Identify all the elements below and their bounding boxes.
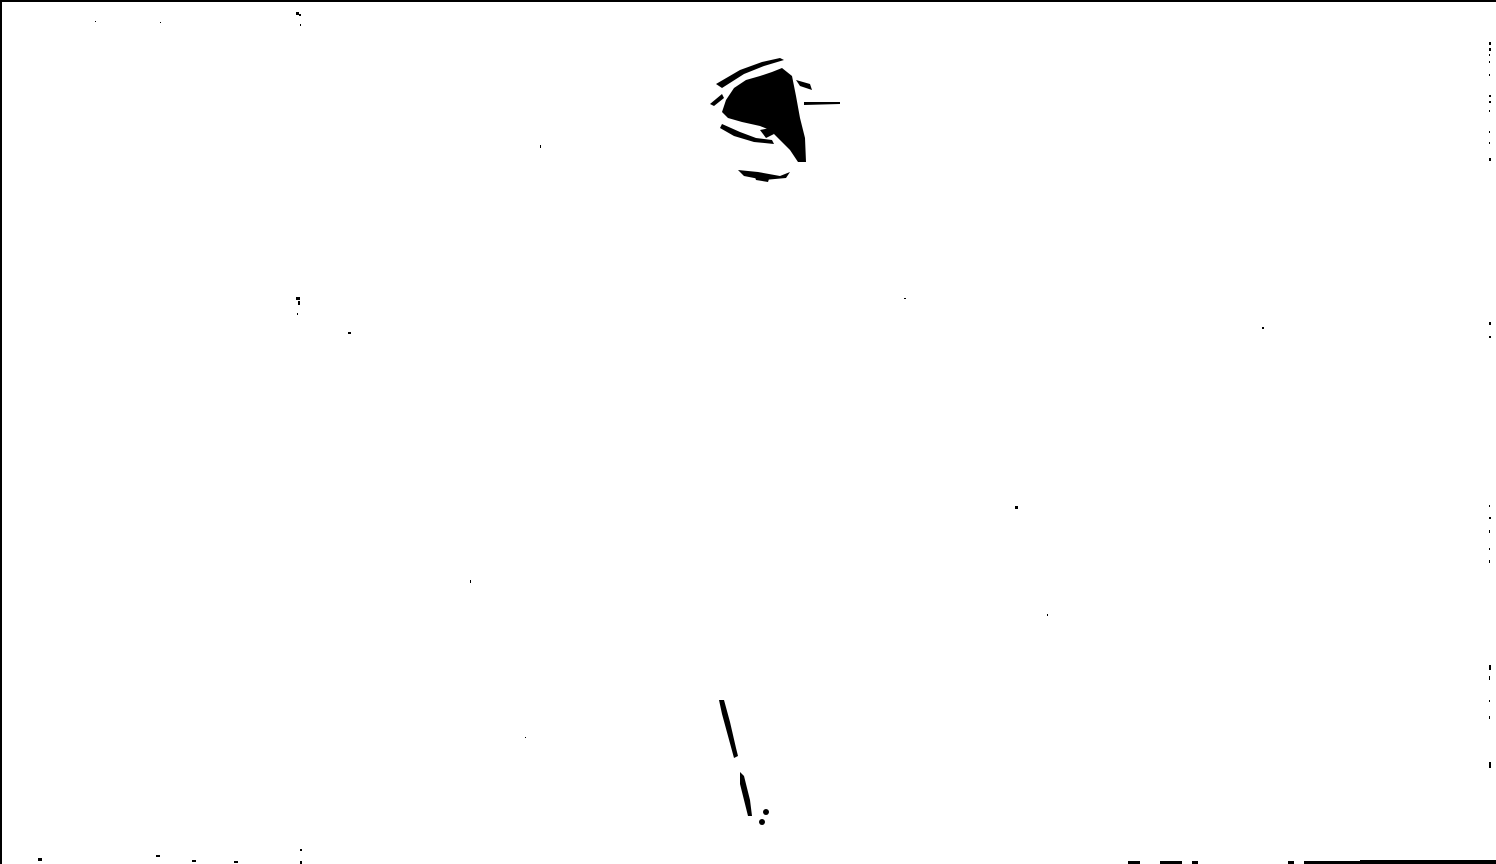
scanned-surface: Binarized (black and white) scan of a bl… [0,0,1496,864]
dark-blotch [710,58,840,182]
diagonal-scratch [719,700,769,825]
image-shapes [0,0,1496,864]
